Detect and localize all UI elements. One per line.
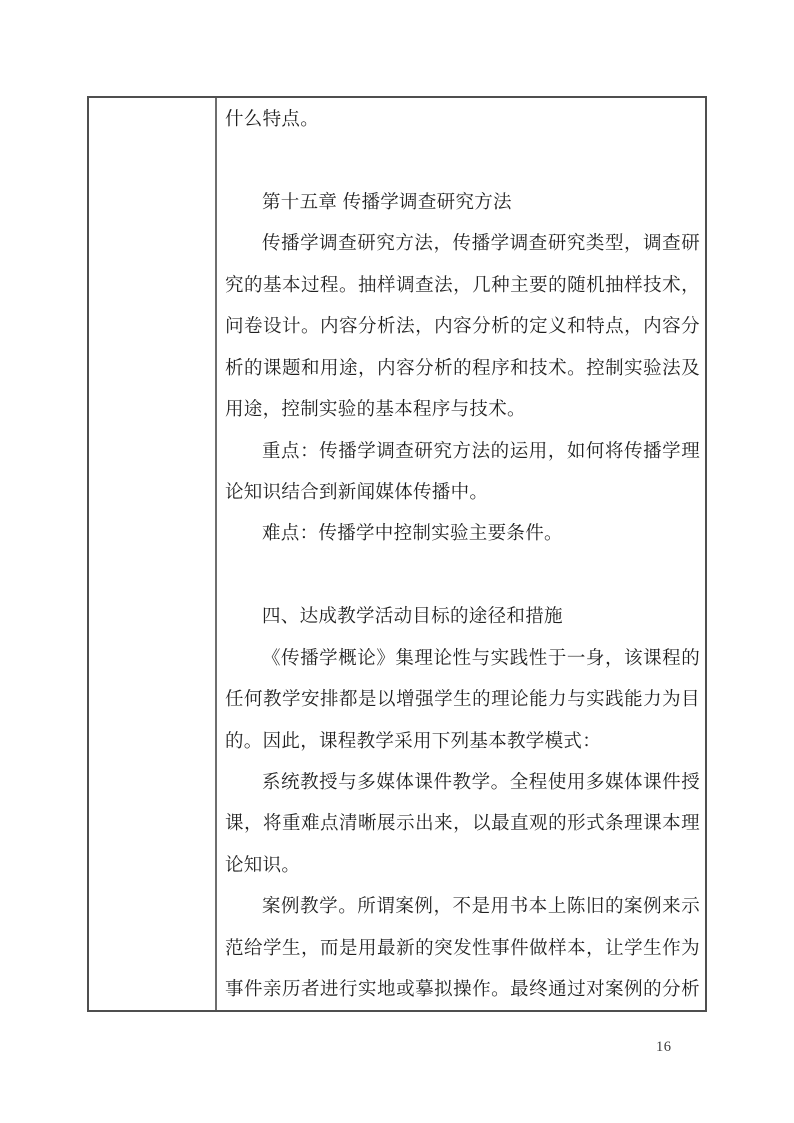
text-line: 传播学调查研究方法，传播学调查研究类型，调查研 xyxy=(225,222,700,263)
text-line: 析的课题和用途，内容分析的程序和技术。控制实验法及 xyxy=(225,347,700,388)
document-page: 什么特点。第十五章 传播学调查研究方法传播学调查研究方法，传播学调查研究类型，调… xyxy=(0,0,794,1123)
text-line: 什么特点。 xyxy=(225,98,700,139)
page-number: 16 xyxy=(656,1039,672,1056)
text-line: 究的基本过程。抽样调查法，几种主要的随机抽样技术， xyxy=(225,264,700,305)
text-line: 第十五章 传播学调查研究方法 xyxy=(225,181,700,222)
text-line: 《传播学概论》集理论性与实践性于一身，该课程的 xyxy=(225,637,700,678)
text-line: 系统教授与多媒体课件教学。全程使用多媒体课件授 xyxy=(225,761,700,802)
text-line: 论知识。 xyxy=(225,844,700,885)
content-cell: 什么特点。第十五章 传播学调查研究方法传播学调查研究方法，传播学调查研究类型，调… xyxy=(217,98,705,1010)
text-line: 难点：传播学中控制实验主要条件。 xyxy=(225,512,700,553)
text-line: 范给学生，而是用最新的突发性事件做样本，让学生作为 xyxy=(225,927,700,968)
content-table: 什么特点。第十五章 传播学调查研究方法传播学调查研究方法，传播学调查研究类型，调… xyxy=(87,96,707,1012)
text-line xyxy=(225,139,700,180)
text-line: 论知识结合到新闻媒体传播中。 xyxy=(225,471,700,512)
text-line: 重点：传播学调查研究方法的运用，如何将传播学理 xyxy=(225,430,700,471)
text-line: 问卷设计。内容分析法，内容分析的定义和特点，内容分 xyxy=(225,305,700,346)
empty-side-cell xyxy=(89,98,217,1010)
text-line: 案例教学。所谓案例，不是用书本上陈旧的案例来示 xyxy=(225,885,700,926)
text-line: 的。因此，课程教学采用下列基本教学模式： xyxy=(225,720,700,761)
text-line: 事件亲历者进行实地或摹拟操作。最终通过对案例的分析 xyxy=(225,968,700,1009)
text-line: 任何教学安排都是以增强学生的理论能力与实践能力为目 xyxy=(225,678,700,719)
text-line: 课，将重难点清晰展示出来，以最直观的形式条理课本理 xyxy=(225,802,700,843)
text-line: 用途，控制实验的基本程序与技术。 xyxy=(225,388,700,429)
text-line: 四、达成教学活动目标的途径和措施 xyxy=(225,595,700,636)
text-line xyxy=(225,554,700,595)
